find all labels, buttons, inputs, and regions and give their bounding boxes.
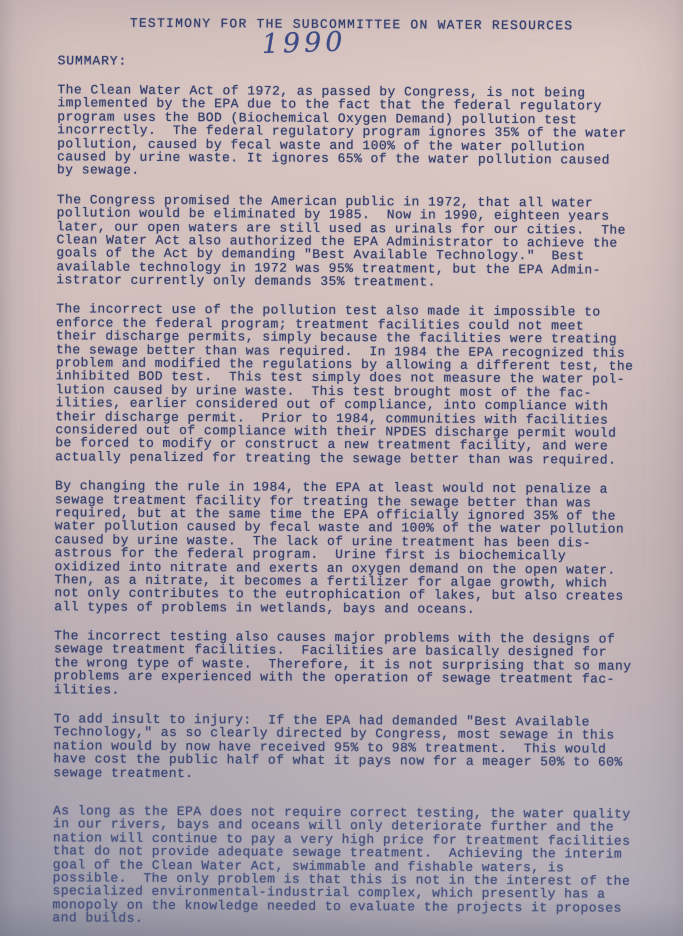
paragraph: The incorrect use of the pollution test …: [55, 303, 652, 467]
text-line: caused by urine waste. It ignores 65% of…: [57, 150, 653, 167]
summary-section-label: SUMMARY:: [58, 53, 128, 68]
document-page: TESTIMONY FOR THE SUBCOMMITTEE ON WATER …: [0, 0, 683, 936]
screenshot: { "document": { "title": "TESTIMONY FOR …: [0, 0, 683, 936]
text-line: actually penalized for treating the sewa…: [55, 450, 651, 467]
document-title: TESTIMONY FOR THE SUBCOMMITTEE ON WATER …: [130, 16, 574, 34]
paragraph: The incorrect testing also causes major …: [54, 629, 650, 700]
paragraph: The Clean Water Act of 1972, as passed b…: [57, 83, 654, 180]
document-body: The Clean Water Act of 1972, as passed b…: [52, 83, 653, 928]
paragraph: The Congress promised the American publi…: [56, 193, 653, 290]
paragraph: As long as the EPA does not require corr…: [52, 804, 649, 928]
photo-background: TESTIMONY FOR THE SUBCOMMITTEE ON WATER …: [0, 0, 683, 936]
paragraph: To add insult to injury: If the EPA had …: [53, 712, 649, 783]
handwritten-year: 1990: [261, 27, 347, 60]
paragraph: By changing the rule in 1984, the EPA at…: [54, 479, 651, 617]
